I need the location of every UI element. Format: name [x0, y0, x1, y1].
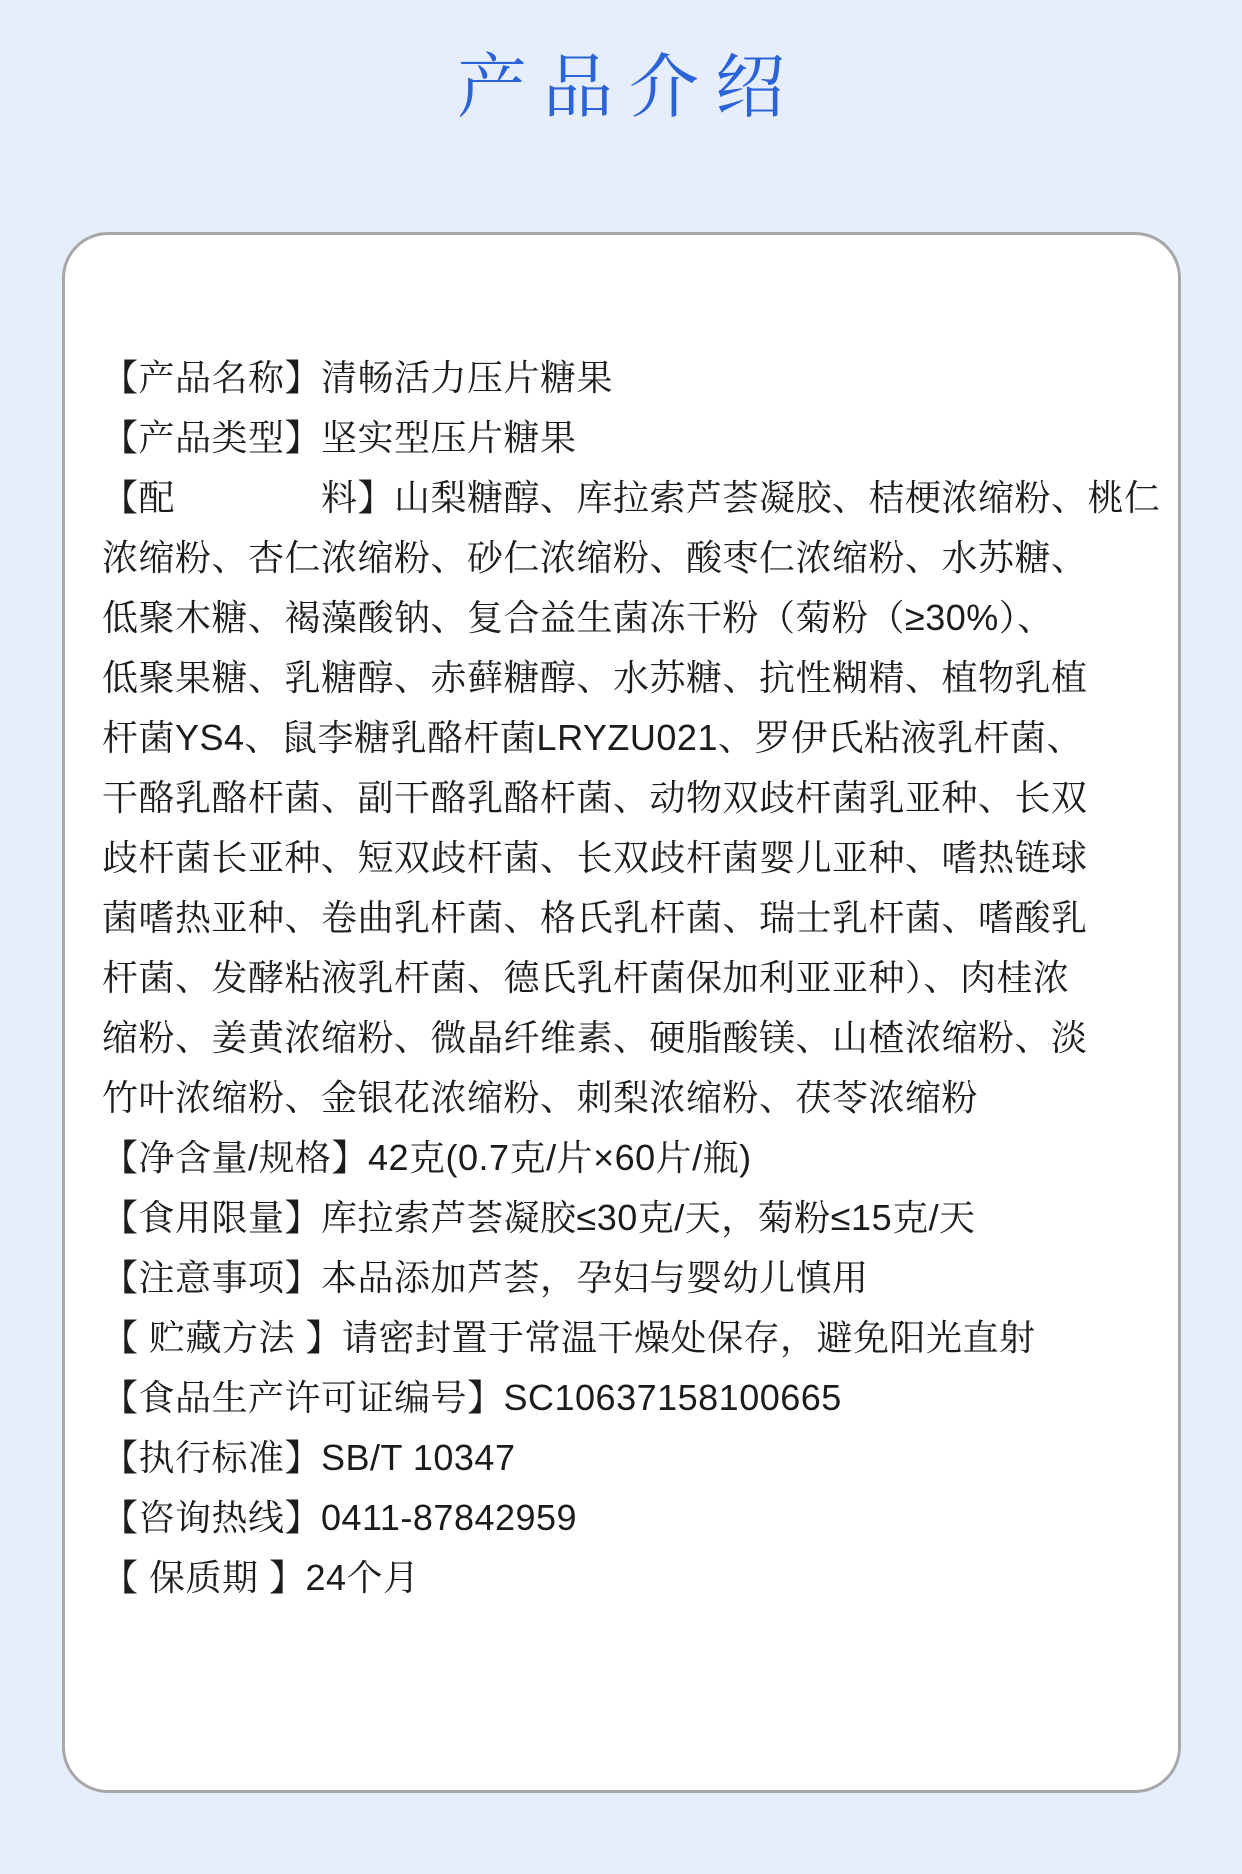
line-product-type: 【产品类型】坚实型压片糖果 [102, 408, 1150, 468]
line-product-name: 【产品名称】清畅活力压片糖果 [102, 348, 1150, 408]
line-ingredients-7: 歧杆菌长亚种、短双歧杆菌、长双歧杆菌婴儿亚种、嗜热链球 [102, 828, 1150, 888]
page-title: 产品介绍 [0, 52, 1242, 122]
line-ingredients-8: 菌嗜热亚种、卷曲乳杆菌、格氏乳杆菌、瑞士乳杆菌、嗜酸乳 [102, 888, 1150, 948]
line-ingredients-3: 低聚木糖、褐藻酸钠、复合益生菌冻干粉（菊粉（≥30%）、 [102, 588, 1150, 648]
line-ingredients-10: 缩粉、姜黄浓缩粉、微晶纤维素、硬脂酸镁、山楂浓缩粉、淡 [102, 1008, 1150, 1068]
line-ingredients-6: 干酪乳酪杆菌、副干酪乳酪杆菌、动物双歧杆菌乳亚种、长双 [102, 768, 1150, 828]
line-net-content: 【净含量/规格】42克(0.7克/片×60片/瓶) [102, 1128, 1150, 1188]
line-ingredients-9: 杆菌、发酵粘液乳杆菌、德氏乳杆菌保加利亚亚种）、肉桂浓 [102, 948, 1150, 1008]
line-ingredients-5: 杆菌YS4、鼠李糖乳酪杆菌LRYZU021、罗伊氏粘液乳杆菌、 [102, 708, 1150, 768]
line-hotline: 【咨询热线】0411-87842959 [102, 1488, 1150, 1548]
line-standard: 【执行标准】SB/T 10347 [102, 1428, 1150, 1488]
line-shelf-life: 【 保质期 】24个月 [102, 1548, 1150, 1608]
line-ingredients-4: 低聚果糖、乳糖醇、赤藓糖醇、水苏糖、抗性糊精、植物乳植 [102, 648, 1150, 708]
line-consumption-limit: 【食用限量】库拉索芦荟凝胶≤30克/天，菊粉≤15克/天 [102, 1188, 1150, 1248]
line-ingredients-1: 【配 料】山梨糖醇、库拉索芦荟凝胶、桔梗浓缩粉、桃仁 [102, 468, 1150, 528]
line-ingredients-2: 浓缩粉、杏仁浓缩粉、砂仁浓缩粉、酸枣仁浓缩粉、水苏糖、 [102, 528, 1150, 588]
line-production-license: 【食品生产许可证编号】SC10637158100665 [102, 1368, 1150, 1428]
line-storage-method: 【 贮藏方法 】请密封置于常温干燥处保存，避免阳光直射 [102, 1308, 1150, 1368]
product-info-card: 【产品名称】清畅活力压片糖果 【产品类型】坚实型压片糖果 【配 料】山梨糖醇、库… [62, 232, 1181, 1793]
line-precautions: 【注意事项】本品添加芦荟，孕妇与婴幼儿慎用 [102, 1248, 1150, 1308]
product-intro-page: { "theme": { "background_color": "#e6edf… [0, 0, 1242, 1874]
line-ingredients-11: 竹叶浓缩粉、金银花浓缩粉、刺梨浓缩粉、茯苓浓缩粉 [102, 1068, 1150, 1128]
